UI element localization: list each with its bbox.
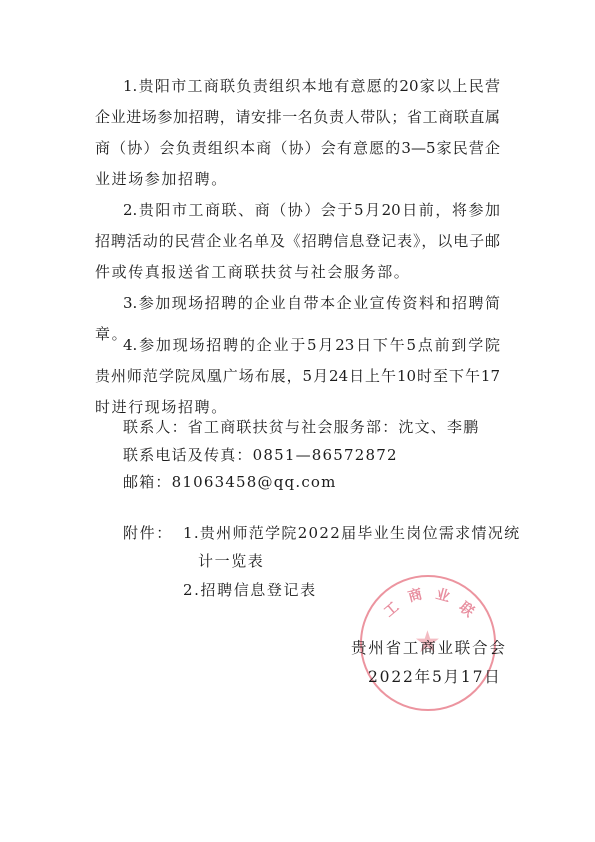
item4-line3: 时进行现场招聘。 bbox=[95, 398, 228, 416]
item2-line2: 招聘活动的民营企业名单及《招聘信息登记表》，以电子邮 bbox=[95, 232, 500, 250]
contact-email[interactable]: 邮箱：81063458@qq.com bbox=[123, 473, 337, 491]
attachment-item1-line2: 计一览表 bbox=[198, 552, 264, 570]
item2-line1: 2.贵阳市工商联、商（协）会于5月20日前，将参加 bbox=[95, 201, 500, 219]
attachments-label: 附件： bbox=[123, 524, 173, 542]
document-page: 1.贵阳市工商联负责组织本地有意愿的20家以上民营 企业进场参加招聘，请安排一名… bbox=[0, 0, 595, 842]
item4-line2: 贵州师范学院凤凰广场布展，5月24日上午10时至下午17 bbox=[95, 367, 500, 385]
item2-line3: 件或传真报送省工商联扶贫与社会服务部。 bbox=[95, 263, 410, 281]
attachment-item2: 2.招聘信息登记表 bbox=[183, 581, 317, 599]
item1-line1: 1.贵阳市工商联负责组织本地有意愿的20家以上民营 bbox=[95, 77, 500, 95]
item1-line3: 商（协）会负责组织本商（协）会有意愿的3—5家民营企 bbox=[95, 139, 500, 157]
stamp-text-ye: 业 bbox=[434, 584, 453, 607]
contact-person: 联系人：省工商联扶贫与社会服务部：沈文、李鹏 bbox=[123, 418, 479, 436]
stamp-text-gong: 工 bbox=[379, 597, 403, 621]
signature-date: 2022年5月17日 bbox=[368, 665, 502, 687]
stamp-text-lian: 联 bbox=[455, 597, 479, 621]
item1-line2: 企业进场参加招聘，请安排一名负责人带队；省工商联直属 bbox=[95, 108, 500, 126]
item1-line4: 业进场参加招聘。 bbox=[95, 170, 228, 188]
item3-line1: 3.参加现场招聘的企业自带本企业宣传资料和招聘简 bbox=[95, 294, 500, 312]
attachment-item1-line1: 1.贵州师范学院2022届毕业生岗位需求情况统 bbox=[183, 524, 520, 542]
stamp-text-shang: 商 bbox=[406, 584, 425, 607]
contact-phone: 联系电话及传真：0851—86572872 bbox=[123, 446, 398, 464]
item4-line1: 4.参加现场招聘的企业于5月23日下午5点前到学院 bbox=[95, 336, 500, 354]
signature-organization: 贵州省工商业联合会 bbox=[351, 636, 507, 658]
